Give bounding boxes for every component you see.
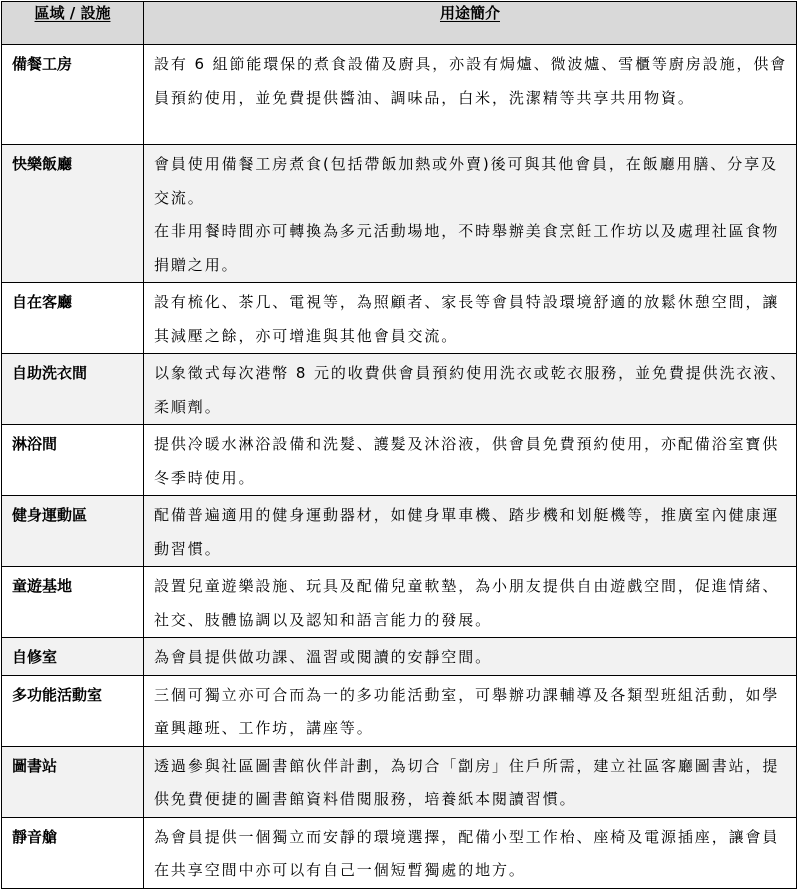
header-description: 用途簡介 <box>144 2 797 45</box>
area-name-cell: 自在客廳 <box>2 283 144 354</box>
description-cell: 會員使用備餐工房煮食(包括帶飯加熱或外賣)後可與其他會員，在飯廳用膳、分享及交流… <box>144 145 797 283</box>
description-cell: 提供冷暖水淋浴設備和洗髮、護髮及沐浴液，供會員免費預約使用，亦配備浴室寶供冬季時… <box>144 425 797 496</box>
table-row: 圖書站透過參與社區圖書館伙伴計劃，為切合「劏房」住戶所需，建立社區客廳圖書站，提… <box>2 746 797 817</box>
description-cell: 為會員提供一個獨立而安靜的環境選擇，配備小型工作枱、座椅及電源插座，讓會員在共享… <box>144 817 797 854</box>
table-row: 自在客廳設有梳化、茶几、電視等，為照顧者、家長等會員特設環境舒適的放鬆休憩空間，… <box>2 283 797 354</box>
area-name-cell: 童遊基地 <box>2 567 144 638</box>
header-area-label: 區域 / 設施 <box>35 4 111 22</box>
table-row: 多功能活動室三個可獨立亦可合而為一的多功能活動室，可舉辦功課輔導及各類型班組活動… <box>2 675 797 746</box>
description-cell: 透過參與社區圖書館伙伴計劃，為切合「劏房」住戶所需，建立社區客廳圖書站，提供免費… <box>144 746 797 817</box>
description-paragraph: 配備普遍適用的健身運動器材，如健身單車機、踏步機和划艇機等，推廣室內健康運動習慣… <box>154 499 788 566</box>
area-name-cell: 靜音艙 <box>2 817 144 854</box>
area-name-cell: 備餐工房 <box>2 45 144 145</box>
description-paragraph: 會員使用備餐工房煮食(包括帶飯加熱或外賣)後可與其他會員，在飯廳用膳、分享及交流… <box>154 148 788 215</box>
description-paragraph: 在非用餐時間亦可轉換為多元活動場地，不時舉辦美食烹飪工作坊以及處理社區食物捐贈之… <box>154 215 788 282</box>
area-name-cell: 圖書站 <box>2 746 144 817</box>
table-row: 健身運動區配備普遍適用的健身運動器材，如健身單車機、踏步機和划艇機等，推廣室內健… <box>2 496 797 567</box>
table-row: 快樂飯廳會員使用備餐工房煮食(包括帶飯加熱或外賣)後可與其他會員，在飯廳用膳、分… <box>2 145 797 283</box>
area-name-cell: 健身運動區 <box>2 496 144 567</box>
header-description-label: 用途簡介 <box>440 4 500 22</box>
header-area: 區域 / 設施 <box>2 2 144 45</box>
description-cell: 配備普遍適用的健身運動器材，如健身單車機、踏步機和划艇機等，推廣室內健康運動習慣… <box>144 496 797 567</box>
area-name-cell: 快樂飯廳 <box>2 145 144 283</box>
area-name-cell: 淋浴間 <box>2 425 144 496</box>
description-paragraph: 透過參與社區圖書館伙伴計劃，為切合「劏房」住戶所需，建立社區客廳圖書站，提供免費… <box>154 750 788 817</box>
table-row: 自修室為會員提供做功課、溫習或閱讀的安靜空間。 <box>2 638 797 676</box>
description-paragraph: 為會員提供做功課、溫習或閱讀的安靜空間。 <box>154 641 788 675</box>
description-paragraph: 提供冷暖水淋浴設備和洗髮、護髮及沐浴液，供會員免費預約使用，亦配備浴室寶供冬季時… <box>154 428 788 495</box>
area-name-cell: 多功能活動室 <box>2 675 144 746</box>
table-row: 自助洗衣間以象徵式每次港幣 8 元的收費供會員預約使用洗衣或乾衣服務，並免費提供… <box>2 354 797 425</box>
description-paragraph: 以象徵式每次港幣 8 元的收費供會員預約使用洗衣或乾衣服務，並免費提供洗衣液、柔… <box>154 357 788 424</box>
description-paragraph: 設置兒童遊樂設施、玩具及配備兒童軟墊，為小朋友提供自由遊戲空間，促進情緒、社交、… <box>154 570 788 637</box>
description-paragraph: 設有 6 組節能環保的煮食設備及廚具，亦設有焗爐、微波爐、雪櫃等廚房設施，供會員… <box>154 48 788 115</box>
table-row: 淋浴間提供冷暖水淋浴設備和洗髮、護髮及沐浴液，供會員免費預約使用，亦配備浴室寶供… <box>2 425 797 496</box>
description-paragraph: 三個可獨立亦可合而為一的多功能活動室，可舉辦功課輔導及各類型班組活動，如學童興趣… <box>154 679 788 746</box>
area-name-cell: 自助洗衣間 <box>2 354 144 425</box>
area-name-cell: 自修室 <box>2 638 144 676</box>
table-body: 備餐工房設有 6 組節能環保的煮食設備及廚具，亦設有焗爐、微波爐、雪櫃等廚房設施… <box>2 45 797 855</box>
table-row: 備餐工房設有 6 組節能環保的煮食設備及廚具，亦設有焗爐、微波爐、雪櫃等廚房設施… <box>2 45 797 145</box>
table-row: 童遊基地設置兒童遊樂設施、玩具及配備兒童軟墊，為小朋友提供自由遊戲空間，促進情緒… <box>2 567 797 638</box>
description-paragraph: 設有梳化、茶几、電視等，為照顧者、家長等會員特設環境舒適的放鬆休憩空間，讓其減壓… <box>154 286 788 353</box>
description-cell: 設有梳化、茶几、電視等，為照顧者、家長等會員特設環境舒適的放鬆休憩空間，讓其減壓… <box>144 283 797 354</box>
description-paragraph: 為會員提供一個獨立而安靜的環境選擇，配備小型工作枱、座椅及電源插座，讓會員在共享… <box>154 821 788 855</box>
facility-table: 區域 / 設施 用途簡介 備餐工房設有 6 組節能環保的煮食設備及廚具，亦設有焗… <box>1 1 797 854</box>
description-cell: 三個可獨立亦可合而為一的多功能活動室，可舉辦功課輔導及各類型班組活動，如學童興趣… <box>144 675 797 746</box>
table-row: 靜音艙為會員提供一個獨立而安靜的環境選擇，配備小型工作枱、座椅及電源插座，讓會員… <box>2 817 797 854</box>
table-header-row: 區域 / 設施 用途簡介 <box>2 2 797 45</box>
description-cell: 設有 6 組節能環保的煮食設備及廚具，亦設有焗爐、微波爐、雪櫃等廚房設施，供會員… <box>144 45 797 145</box>
description-cell: 以象徵式每次港幣 8 元的收費供會員預約使用洗衣或乾衣服務，並免費提供洗衣液、柔… <box>144 354 797 425</box>
description-cell: 設置兒童遊樂設施、玩具及配備兒童軟墊，為小朋友提供自由遊戲空間，促進情緒、社交、… <box>144 567 797 638</box>
description-cell: 為會員提供做功課、溫習或閱讀的安靜空間。 <box>144 638 797 676</box>
